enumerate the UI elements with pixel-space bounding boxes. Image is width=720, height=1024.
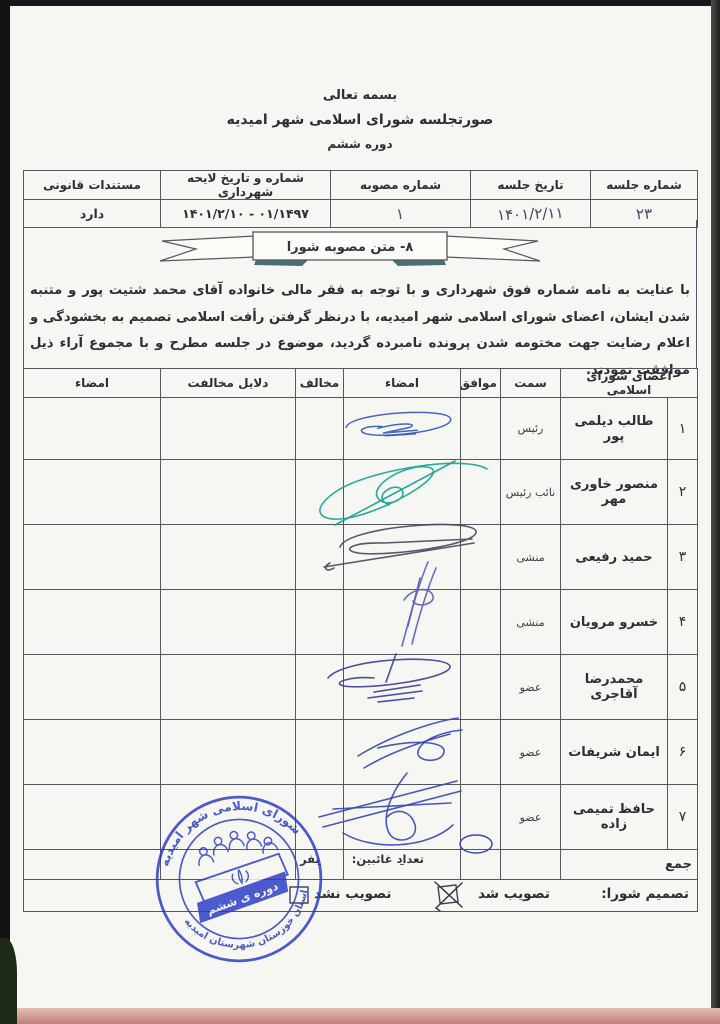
oppose-header: مخالف bbox=[296, 369, 344, 398]
total-label: جمع bbox=[561, 850, 698, 880]
oppose-reasons-cell bbox=[161, 720, 296, 785]
signature2-cell bbox=[24, 655, 161, 720]
row-number: ۶ bbox=[668, 720, 698, 785]
member-position: رئیس bbox=[501, 398, 561, 460]
row-number: ۲ bbox=[668, 460, 698, 525]
member-name: حافظ تمیمی زاده bbox=[561, 785, 668, 850]
member-position: عضو bbox=[501, 785, 561, 850]
oppose-reasons-cell bbox=[161, 590, 296, 655]
approved-label: تصویب شد bbox=[478, 886, 550, 902]
agree-cell bbox=[461, 655, 501, 720]
decision-cell: تصمیم شورا: تصویب شد تصویب نشد bbox=[24, 880, 698, 912]
row-number: ۳ bbox=[668, 525, 698, 590]
bill-header: شماره و تاریخ لایحه شهرداری bbox=[161, 171, 331, 200]
signature2-cell bbox=[24, 785, 161, 850]
member-name: طالب دیلمی پور bbox=[561, 398, 668, 460]
oppose-reasons-cell bbox=[161, 398, 296, 460]
row-number: ۷ bbox=[668, 785, 698, 850]
signature-header: امضاء bbox=[344, 369, 461, 398]
resolution-ribbon: ۸- متن مصوبه شورا bbox=[150, 226, 550, 274]
member-name: حمید رفیعی bbox=[561, 525, 668, 590]
agree-header: موافق bbox=[461, 369, 501, 398]
stamp-graphic: شورای اسلامی شهر امیدیه استان خوزستان شه… bbox=[146, 786, 332, 972]
approved-checkbox-checked bbox=[432, 880, 466, 912]
agree-cell bbox=[461, 590, 501, 655]
member-position: عضو bbox=[501, 655, 561, 720]
member-position: منشی bbox=[501, 590, 561, 655]
resolution-no-header: شماره مصوبه bbox=[331, 171, 471, 200]
member-position: منشی bbox=[501, 525, 561, 590]
decision-row: تصمیم شورا: تصویب شد تصویب نشد bbox=[24, 880, 698, 912]
oppose-reasons-cell bbox=[161, 525, 296, 590]
session-no-header: شماره جلسه bbox=[591, 171, 698, 200]
position-header: سمت bbox=[501, 369, 561, 398]
signature2-cell bbox=[24, 398, 161, 460]
member-name: خسرو مرویان bbox=[561, 590, 668, 655]
session-date-header: تاریخ جلسه bbox=[471, 171, 591, 200]
signature-row4 bbox=[386, 558, 446, 650]
document-content: بسمه تعالی صورتجلسه شورای اسلامی شهر امی… bbox=[0, 0, 720, 1024]
member-position: نائب رئیس bbox=[501, 460, 561, 525]
oppose-reasons-header: دلایل مخالفت bbox=[161, 369, 296, 398]
ribbon-label: ۸- متن مصوبه شورا bbox=[287, 240, 414, 255]
row-number: ۵ bbox=[668, 655, 698, 720]
members-header-row: اعضای شورای اسلامی سمت موافق امضاء مخالف… bbox=[24, 369, 698, 398]
signature-row5 bbox=[322, 652, 457, 710]
oppose-cell bbox=[296, 590, 344, 655]
total-position-cell bbox=[501, 850, 561, 880]
member-name: ایمان شریفات bbox=[561, 720, 668, 785]
signature2-cell bbox=[24, 525, 161, 590]
besmeh-line: بسمه تعالی bbox=[0, 88, 720, 103]
page-title: صورتجلسه شورای اسلامی شهر امیدیه bbox=[0, 112, 720, 128]
member-name: محمدرضا آقاجری bbox=[561, 655, 668, 720]
term-line: دوره ششم bbox=[0, 137, 720, 151]
legal-docs-header: مستندات قانونی bbox=[24, 171, 161, 200]
signature2-cell bbox=[24, 590, 161, 655]
signature2-cell bbox=[24, 720, 161, 785]
agree-cell bbox=[461, 398, 501, 460]
ribbon-graphic: ۸- متن مصوبه شورا bbox=[150, 226, 550, 274]
row-number: ۱ bbox=[668, 398, 698, 460]
signature-row1 bbox=[335, 405, 460, 447]
member-name: منصور خاوری مهر bbox=[561, 460, 668, 525]
member-position: عضو bbox=[501, 720, 561, 785]
signature-flourish-circle bbox=[456, 832, 496, 856]
oppose-reasons-cell bbox=[161, 460, 296, 525]
signature2-cell bbox=[24, 460, 161, 525]
signature-row7 bbox=[315, 765, 465, 853]
signature2-header: امضاء bbox=[24, 369, 161, 398]
row-number: ۴ bbox=[668, 590, 698, 655]
council-stamp: شورای اسلامی شهر امیدیه استان خوزستان شه… bbox=[146, 786, 332, 972]
oppose-reasons-cell bbox=[161, 655, 296, 720]
members-header: اعضای شورای اسلامی bbox=[561, 369, 698, 398]
member-row-4: ۴ خسرو مرویان منشی bbox=[24, 590, 698, 655]
scanned-document: بسمه تعالی صورتجلسه شورای اسلامی شهر امی… bbox=[0, 0, 720, 1024]
decision-label: تصمیم شورا: bbox=[601, 886, 689, 902]
total-signature2-cell bbox=[24, 850, 161, 880]
